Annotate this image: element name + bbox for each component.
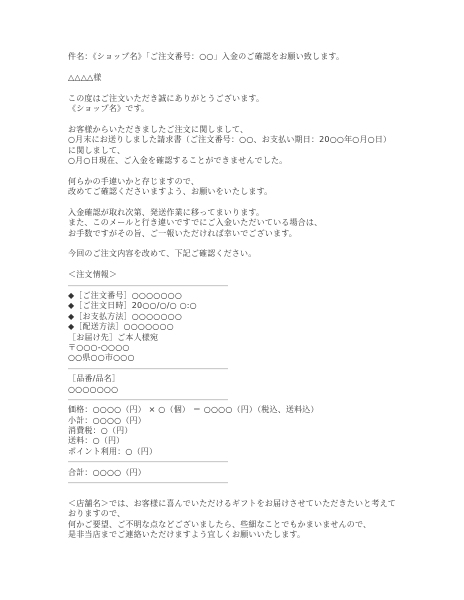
blank-line [68,488,396,498]
blank-line [68,197,396,207]
blank-line [68,166,396,176]
text-line: 改めてご確認くださいますよう、お願いをいたします。 [68,187,396,197]
text-line: ポイント利用：○（円） [68,447,396,457]
text-line: また、このメールと行き違いですでにご入金いただいている場合は、 [68,218,396,228]
text-line: ◆［お支払方法］○○○○○○○ [68,312,396,322]
text-line: 是非当店までご連絡いただけますよう宜しくお願いいたします。 [68,530,396,540]
text-line: 《ショップ名》です。 [68,104,396,114]
divider-line: ―――――――――――――――――――― [68,457,396,467]
text-line: ＜注文情報＞ [68,270,396,280]
text-line: 入金確認が取れ次第、発送作業に移ってまいります。 [68,208,396,218]
text-line: ○○○○○○○ [68,385,396,395]
divider-line: ―――――――――――――――――――― [68,478,396,488]
text-line: 価格：○○○○（円） × ○（個） ＝ ○○○○（円）（税込、送料込） [68,405,396,415]
text-line: ○○県○○市○○○ [68,353,396,363]
divider-line: ―――――――――――――――――――― [68,364,396,374]
text-line: ［品番/品名］ [68,374,396,384]
text-line: お客様からいただきましたご注文に関しまして、 [68,125,396,135]
document-page: 件名：《ショップ名》「ご注文番号：○○」入金のご確認をお願い致します。△△△△様… [0,0,464,600]
email-template-body: 件名：《ショップ名》「ご注文番号：○○」入金のご確認をお願い致します。△△△△様… [68,52,396,540]
text-line: お手数ですがその旨、ご一報いただければ幸いでございます。 [68,229,396,239]
text-line: △△△△様 [68,73,396,83]
divider-line: ―――――――――――――――――――― [68,395,396,405]
text-line: ◆［配送方法］○○○○○○○ [68,322,396,332]
blank-line [68,260,396,270]
text-line: 小計：○○○○（円） [68,416,396,426]
divider-line: ―――――――――――――――――――― [68,281,396,291]
blank-line [68,83,396,93]
blank-line [68,114,396,124]
text-line: に関しまして、 [68,146,396,156]
text-line: 何かご要望、ご不明な点などございましたら、些細なことでもかまいませんので、 [68,520,396,530]
text-line: この度はご注文いただき誠にありがとうございます。 [68,94,396,104]
text-line: ○月末にお送りしました請求書（ご注文番号：○○、お支払い期日：20○○年○月○日… [68,135,396,145]
text-line: おりますので、 [68,509,396,519]
text-line: 今回のご注文内容を改めて、下記ご確認ください。 [68,249,396,259]
text-line: ○月○日現在、ご入金を確認することができませんでした。 [68,156,396,166]
text-line: ◆［ご注文番号］○○○○○○○ [68,291,396,301]
text-line: ＜店舗名＞では、お客様に喜んでいただけるギフトをお届けさせていただきたいと考えて [68,499,396,509]
text-line: 件名：《ショップ名》「ご注文番号：○○」入金のご確認をお願い致します。 [68,52,396,62]
text-line: 〒○○○-○○○○ [68,343,396,353]
text-line: 合計：○○○○（円） [68,468,396,478]
text-line: 送料：○（円） [68,436,396,446]
text-line: ◆［ご注文日時］20○○/○/○ ○:○ [68,301,396,311]
blank-line [68,239,396,249]
text-line: ［お届け先］ご本人様宛 [68,333,396,343]
blank-line [68,62,396,72]
text-line: 消費税：○（円） [68,426,396,436]
text-line: 何らかの手違いかと存じますので、 [68,177,396,187]
